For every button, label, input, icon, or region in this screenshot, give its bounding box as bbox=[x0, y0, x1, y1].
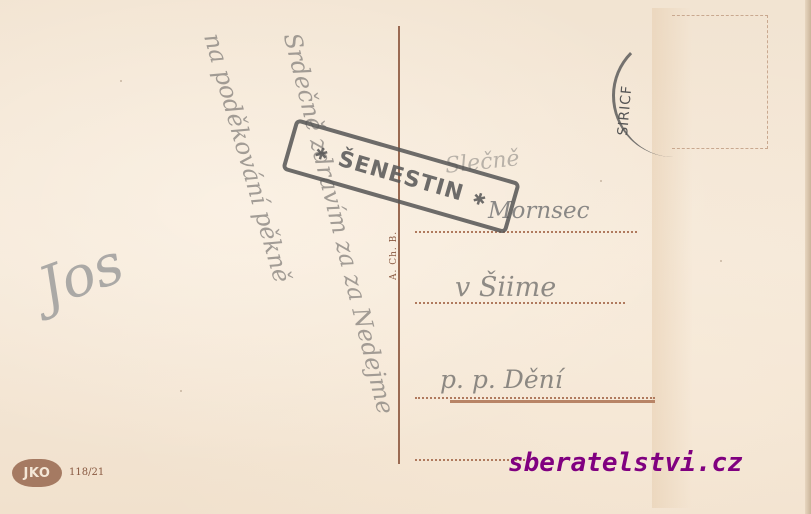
box-cancellation-stamp: ✱ ŠENESTIN ✱ bbox=[281, 118, 521, 234]
message-line-2: Srdečně zdravím za za Nedejme bbox=[278, 30, 400, 417]
series-number: 118/21 bbox=[69, 467, 104, 478]
paper-speck bbox=[180, 390, 182, 392]
address-line-1 bbox=[415, 231, 637, 233]
address-post: p. p. Dění bbox=[440, 365, 563, 394]
publisher-mark: A. Ch. B. bbox=[389, 231, 399, 280]
address-line-3 bbox=[415, 397, 655, 399]
star-ornament-icon: ✱ bbox=[313, 142, 332, 164]
watermark-link: sberatelstvi.cz bbox=[508, 448, 743, 478]
address-town: v Šiime bbox=[455, 272, 556, 303]
signature: Jos bbox=[30, 231, 132, 321]
paper-speck bbox=[120, 80, 122, 82]
address-strike-line bbox=[450, 400, 655, 403]
card-edge bbox=[805, 0, 811, 514]
message-line-1: na poděkování pěkně bbox=[198, 30, 296, 286]
postcard-back: SIRICF A. Ch. B. Slečně Mornsec v Šiime … bbox=[0, 0, 811, 514]
paper-speck bbox=[600, 180, 602, 182]
publisher-logo: JKO bbox=[12, 459, 62, 487]
star-ornament-icon: ✱ bbox=[470, 188, 489, 210]
paper-speck bbox=[540, 300, 542, 302]
paper-speck bbox=[720, 260, 722, 262]
